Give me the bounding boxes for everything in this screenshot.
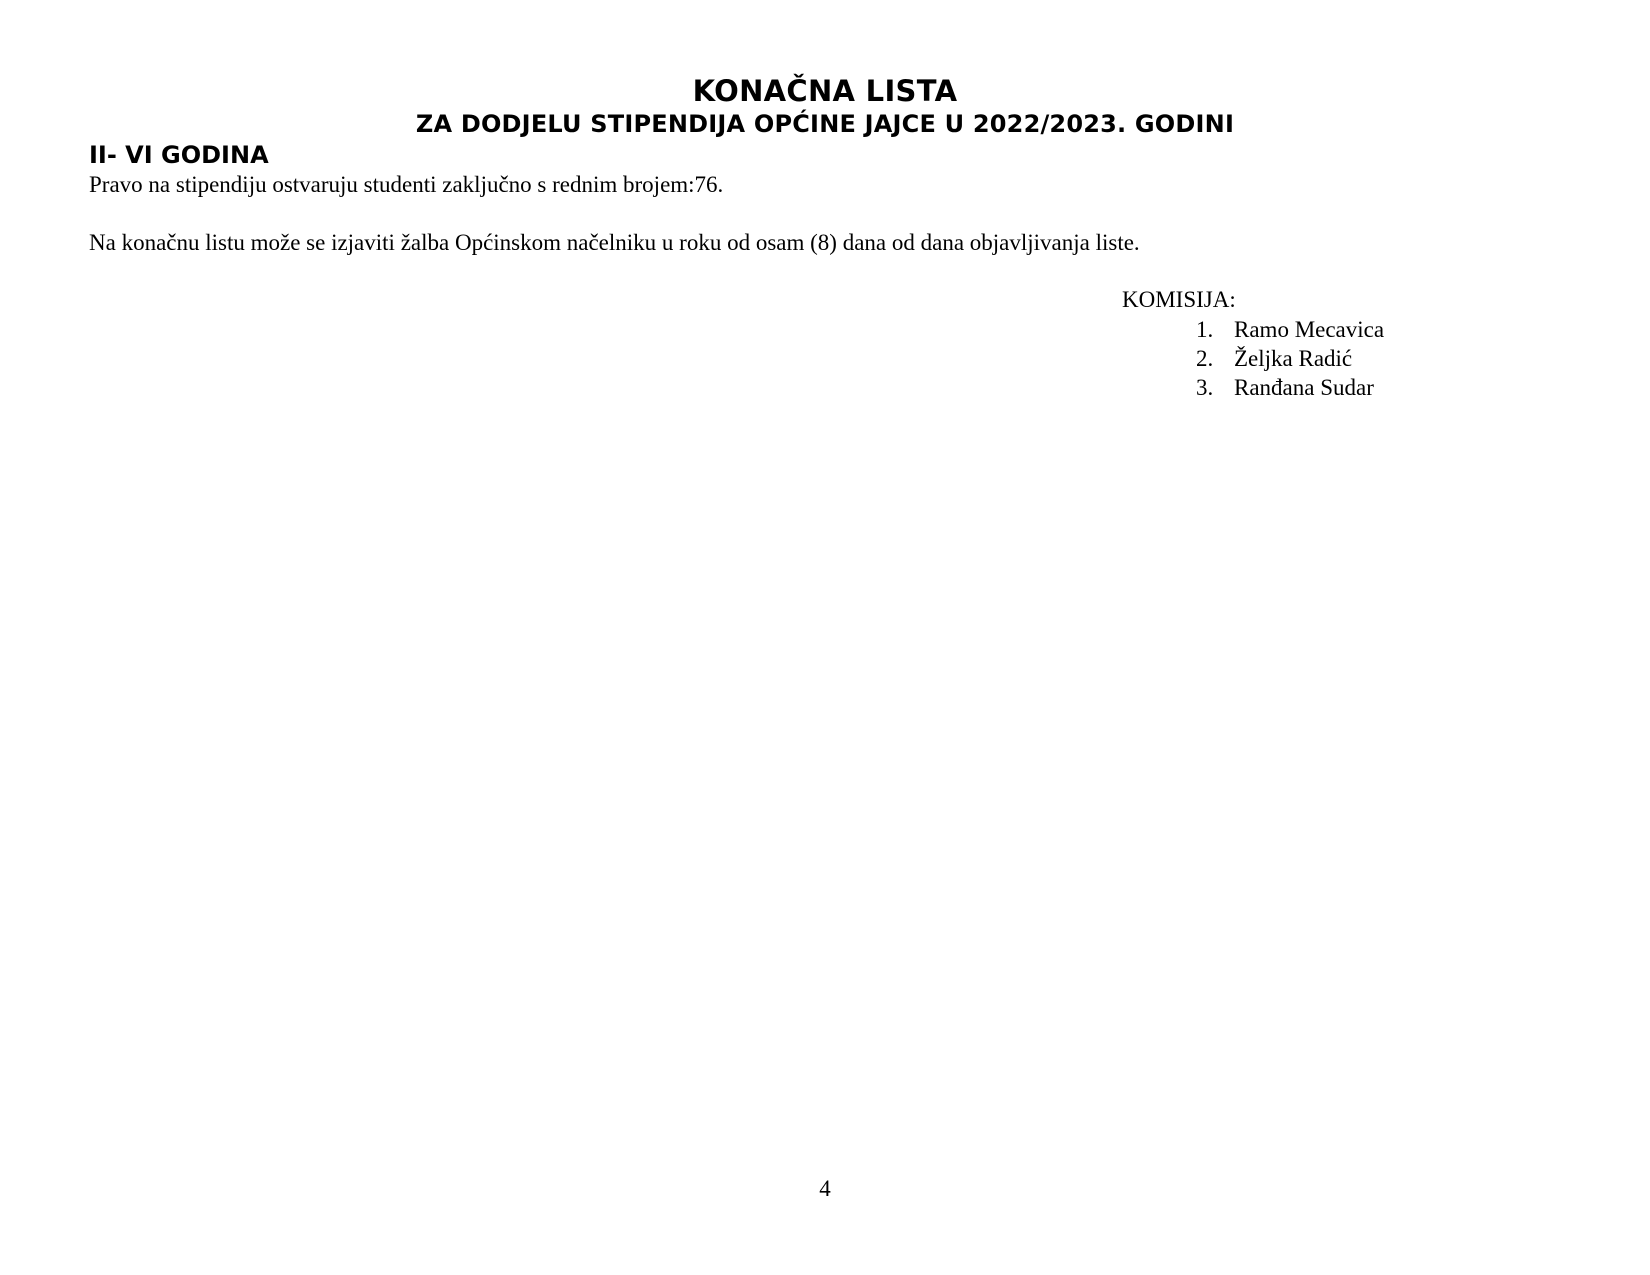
commission-member-list: 1. Ramo Mecavica 2. Željka Radić 3. Ranđ…	[1196, 315, 1384, 402]
commission-member: 1. Ramo Mecavica	[1196, 315, 1384, 344]
member-number: 3.	[1196, 373, 1234, 402]
scholarship-eligibility-paragraph: Pravo na stipendiju ostvaruju studenti z…	[89, 172, 723, 198]
member-name: Ranđana Sudar	[1234, 373, 1374, 402]
section-heading: II- VI GODINA	[89, 141, 269, 169]
document-page: KONAČNA LISTA ZA DODJELU STIPENDIJA OPĆI…	[0, 0, 1650, 1275]
member-name: Ramo Mecavica	[1234, 315, 1384, 344]
commission-block: KOMISIJA: 1. Ramo Mecavica 2. Željka Rad…	[1122, 287, 1384, 402]
member-number: 1.	[1196, 315, 1234, 344]
member-name: Željka Radić	[1234, 344, 1352, 373]
page-number: 4	[0, 1176, 1650, 1202]
appeal-notice-paragraph: Na konačnu listu može se izjaviti žalba …	[89, 230, 1140, 256]
document-title: KONAČNA LISTA	[0, 74, 1650, 108]
commission-member: 3. Ranđana Sudar	[1196, 373, 1384, 402]
document-subtitle: ZA DODJELU STIPENDIJA OPĆINE JAJCE U 202…	[0, 110, 1650, 138]
member-number: 2.	[1196, 344, 1234, 373]
commission-member: 2. Željka Radić	[1196, 344, 1384, 373]
commission-label: KOMISIJA:	[1122, 287, 1384, 313]
